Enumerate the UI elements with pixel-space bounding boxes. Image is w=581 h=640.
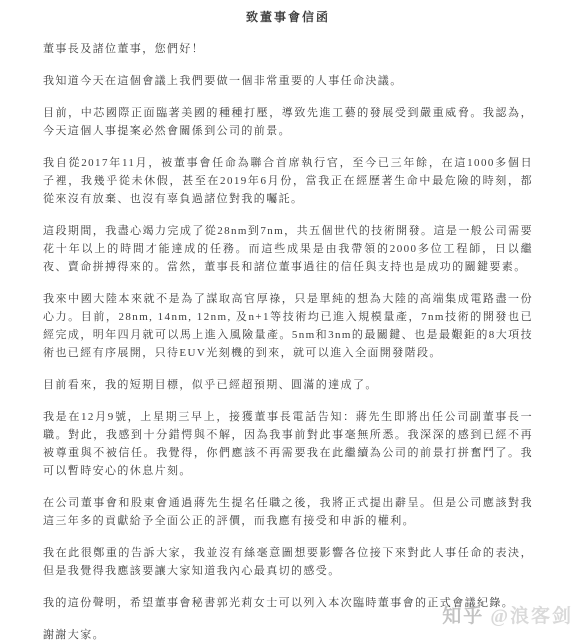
letter-paragraph-7: 我是在12月9號，上星期三早上，接獲董事長電話告知：蔣先生即將出任公司副董事長一… — [43, 408, 533, 480]
letter-paragraph-1: 我知道今天在這個會議上我們要做一個非常重要的人事任命決議。 — [43, 72, 533, 90]
watermark-site-name: 知乎 — [442, 606, 484, 627]
letter-paragraph-3: 我自從2017年11月，被董事會任命為聯合首席執行官，至今已三年餘，在這1000… — [43, 154, 533, 208]
letter-title: 致董事會信函 — [43, 8, 533, 26]
letter-paragraph-2: 目前，中芯國際正面臨著美國的種種打壓，導致先進工藝的發展受到嚴重威脅。我認為，今… — [43, 104, 533, 140]
letter-paragraph-closing: 謝謝大家。 — [43, 626, 533, 640]
watermark-author-name: @浪客剑 — [490, 606, 573, 627]
letter-paragraph-5: 我來中國大陸本來就不是為了謀取高官厚祿，只是單純的想為大陸的高端集成電路盡一份心… — [43, 290, 533, 362]
zhihu-watermark: 知乎@浪客剑 — [442, 601, 573, 628]
letter-paragraph-greeting: 董事長及諸位董事，您們好！ — [43, 40, 533, 58]
letter-page: 致董事會信函 董事長及諸位董事，您們好！ 我知道今天在這個會議上我們要做一個非常… — [0, 0, 581, 640]
letter-paragraph-4: 這段期間，我盡心竭力完成了從28nm到7nm，共五個世代的技術開發。這是一般公司… — [43, 222, 533, 276]
letter-paragraph-6: 目前看來，我的短期目標，似乎已經超預期、圓滿的達成了。 — [43, 376, 533, 394]
letter-paragraph-9: 我在此很鄭重的告訴大家，我並沒有絲毫意圖想要影響各位接下來對此人事任命的表決，但… — [43, 544, 533, 580]
letter-paragraph-8: 在公司董事會和股東會通過蔣先生提名任職之後，我將正式提出辭呈。但是公司應該對我這… — [43, 494, 533, 530]
